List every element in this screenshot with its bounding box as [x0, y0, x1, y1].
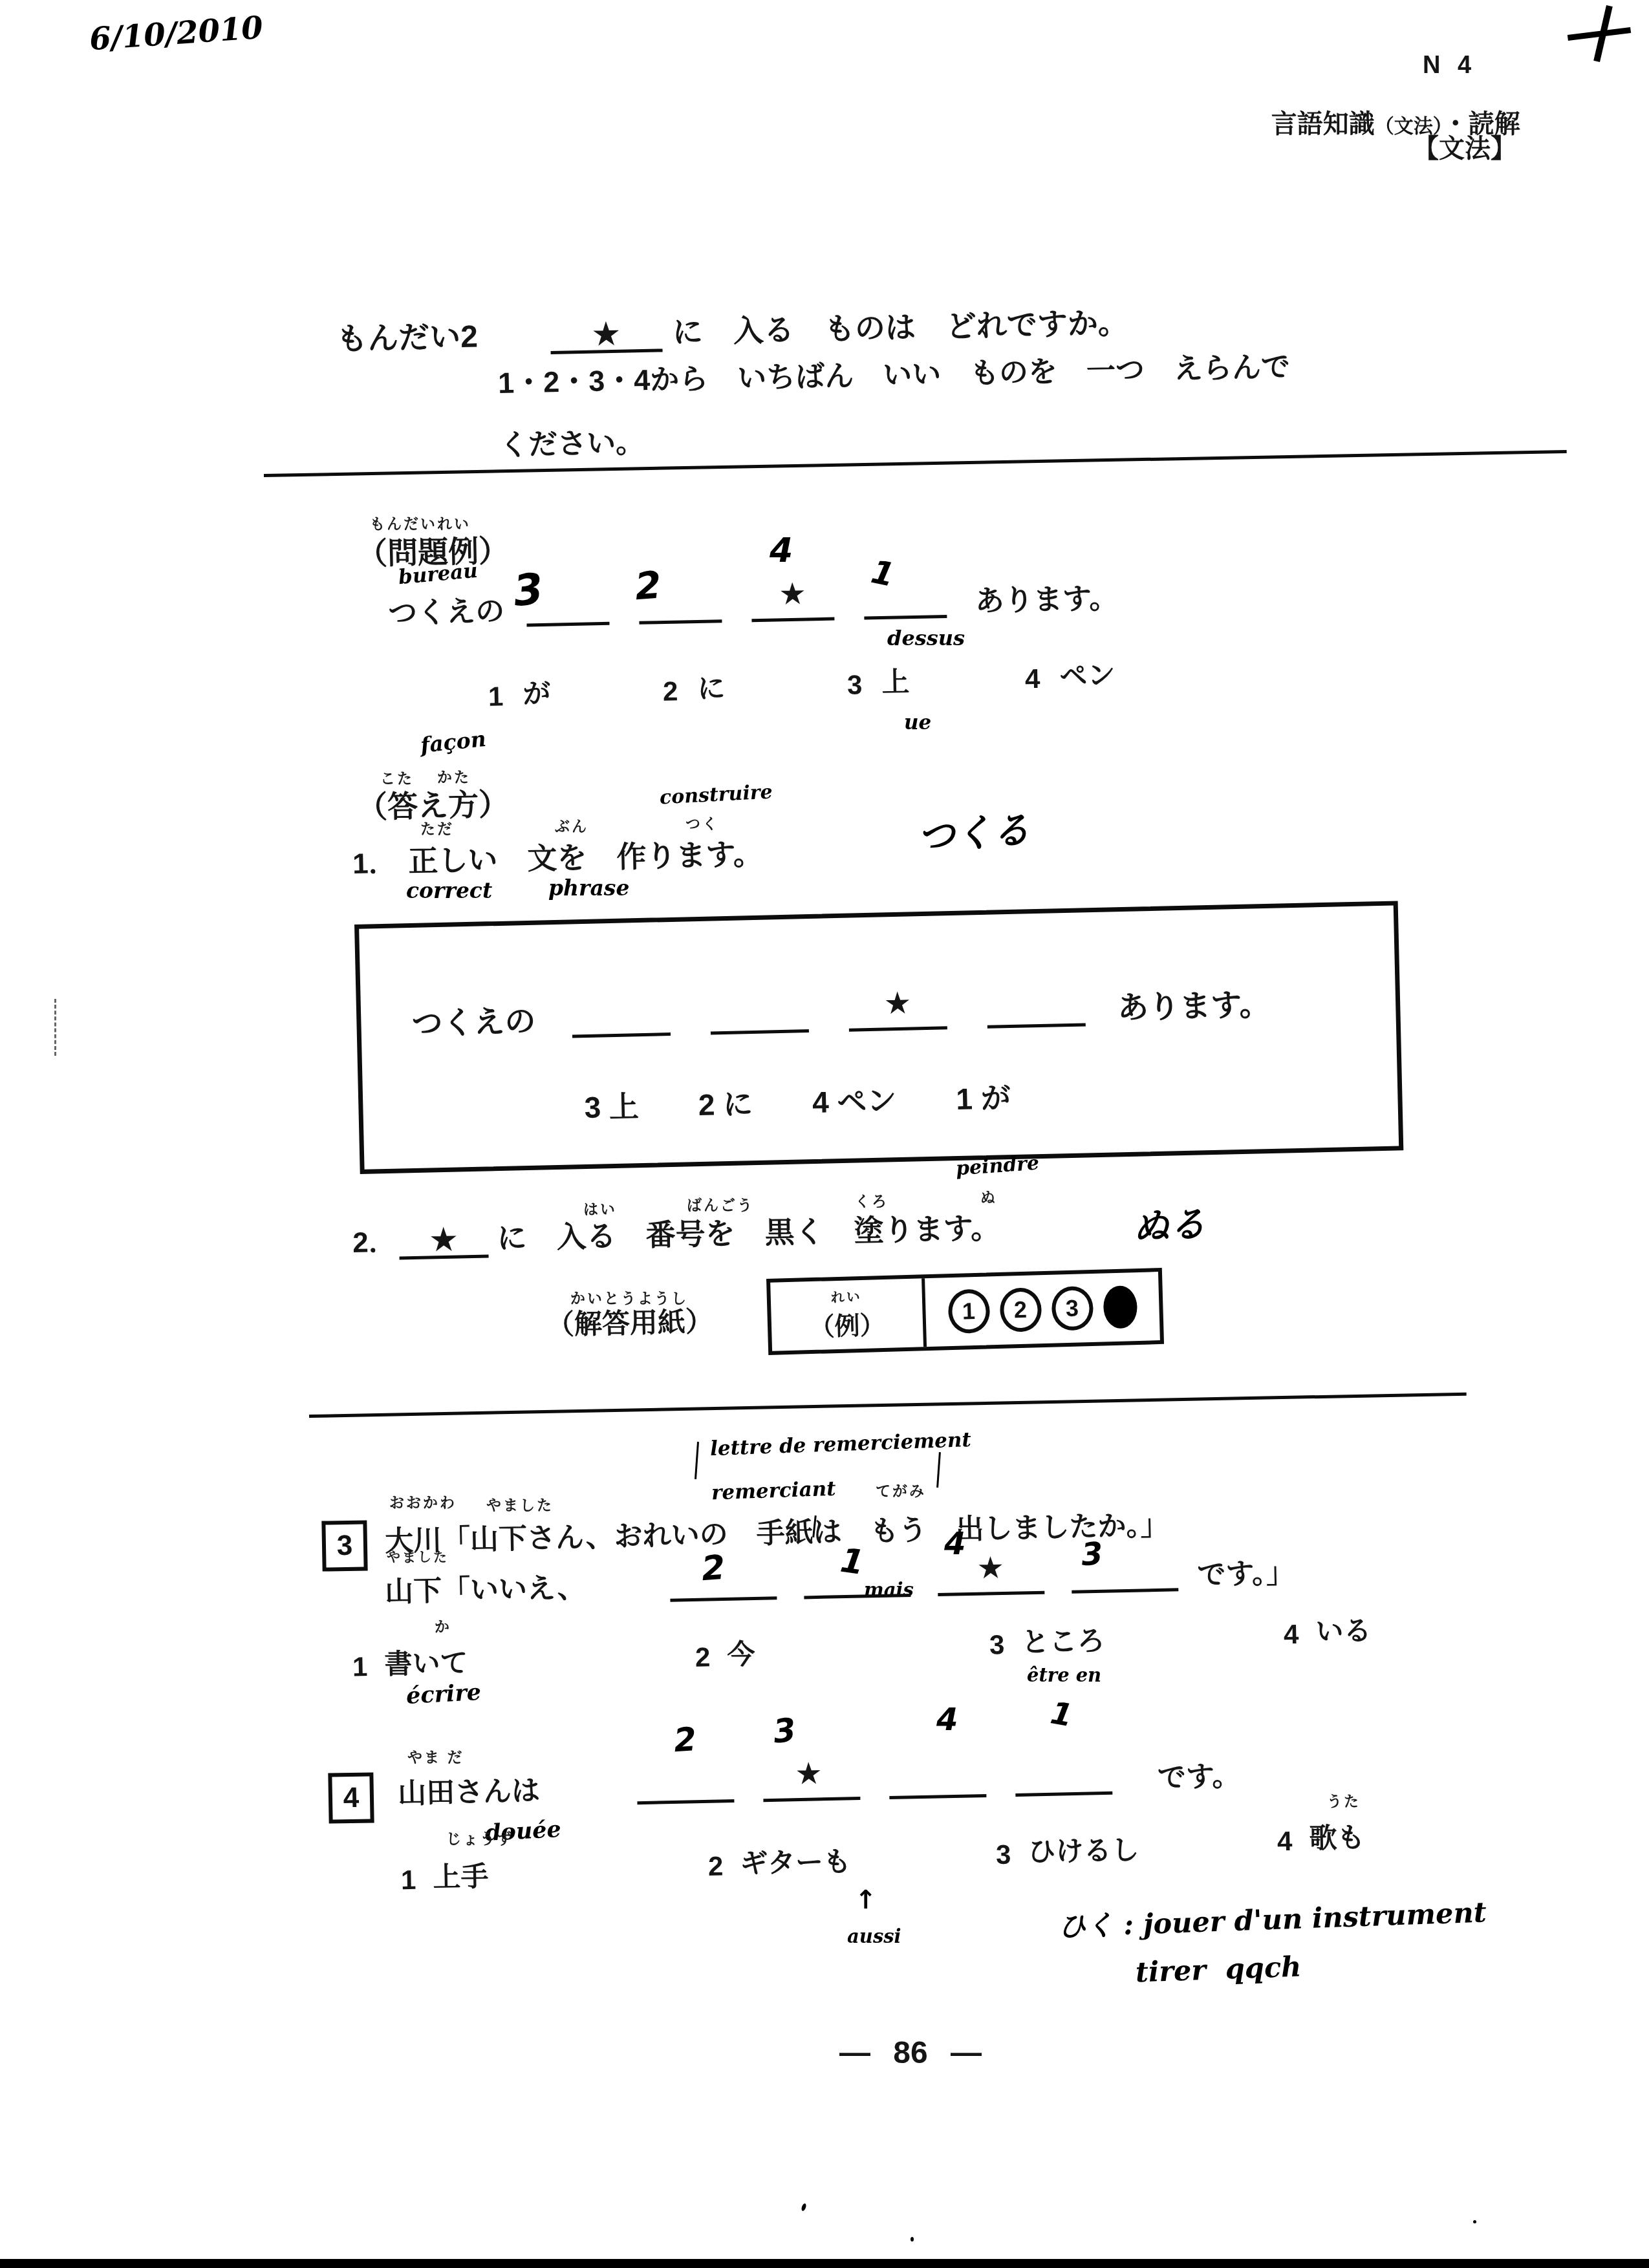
question4-line-head: 山田さんは: [397, 1767, 540, 1812]
option-number: 1: [488, 681, 504, 712]
question4-number-box: 4: [328, 1772, 374, 1823]
furigana-yamada: やま だ: [407, 1746, 464, 1767]
hw-note-remerciant: remerciant: [711, 1477, 836, 1505]
option-text: ギターも: [740, 1840, 852, 1881]
header-title-main: 言語知識: [1271, 110, 1375, 138]
option-number: 3: [847, 669, 863, 700]
q3-option-4: 4 いる: [1283, 1609, 1371, 1650]
option-text: が: [523, 672, 551, 712]
star-underline: ★: [550, 317, 662, 354]
page-number: — 86 —: [839, 2035, 982, 2071]
furigana-kuro: くろ: [855, 1190, 889, 1211]
option-number: 3: [996, 1839, 1011, 1870]
bubble-3: 3: [1051, 1286, 1094, 1331]
hw-facon: façon: [419, 726, 487, 758]
hw-construire: construire: [659, 780, 773, 809]
q3-blank-3-star: ★: [938, 1586, 1044, 1596]
printed-star: ★: [848, 986, 947, 1020]
option-number: 3: [989, 1629, 1005, 1660]
box-blank-2: [711, 1024, 809, 1034]
step1-number: 1．: [352, 840, 397, 882]
hw-arrow-up-icon: ↑: [855, 1885, 877, 1915]
option-number: 4: [1025, 663, 1040, 694]
mondai2-label: もんだい2: [336, 311, 478, 359]
furigana-tada: ただ: [420, 817, 454, 839]
plus-mark-icon: [1566, 5, 1633, 65]
q3-blank-2: [804, 1589, 911, 1599]
option-text: 書いて: [384, 1641, 468, 1682]
option-text: 上手: [433, 1855, 489, 1895]
margin-dash-line: [54, 999, 56, 1056]
furigana-yamashita: やました: [486, 1493, 554, 1515]
furigana-ookawa: おおかわ: [389, 1491, 457, 1512]
furigana-bun: ぶん: [555, 815, 588, 836]
furigana-bangou: ばんごう: [687, 1193, 754, 1215]
bubble-1: 1: [947, 1289, 990, 1334]
question3-line2-head: 山下「いいえ、: [384, 1565, 586, 1610]
question4-line: 山田さんは ★ です。: [397, 1753, 1241, 1812]
hw-answer-4: 4: [770, 531, 793, 570]
answer-sheet-bubbles: 1 2 3: [925, 1272, 1160, 1347]
hw-q3-3: 3: [1080, 1535, 1104, 1573]
option-text: ひけるし: [1028, 1828, 1139, 1870]
hw-aussi: aussi: [847, 1925, 901, 1947]
option-text: 歌も: [1309, 1816, 1365, 1856]
example-blank-4: [864, 610, 947, 620]
q4-option-3: 3 ひけるし: [995, 1828, 1139, 1870]
example-sentence: つくえの ★ あります。: [387, 574, 1119, 632]
hw-note-remerciement: lettre de remerciement: [709, 1428, 971, 1460]
option-number: 4: [1277, 1826, 1293, 1857]
option-text: に: [697, 667, 726, 707]
option-text: ところ: [1021, 1619, 1105, 1660]
example-sentence-head: つくえの: [387, 587, 504, 632]
q4-option-4: 4 歌も: [1277, 1816, 1364, 1857]
question3-line2-tail: です。」: [1197, 1550, 1295, 1593]
q4-option-2: 2 ギターも: [707, 1840, 851, 1882]
instruction-line1-text: に 入る ものは どれですか。: [672, 299, 1128, 352]
box-blank-3-star: ★: [849, 1021, 947, 1031]
step1-text: 正しい 文を 作ります。: [408, 831, 764, 881]
option-number: 2: [663, 676, 678, 707]
hw-ue: ue: [904, 711, 931, 734]
bubble-2: 2: [999, 1287, 1042, 1332]
hw-vocab-note-line1: ひく : jouer d'un instrument: [1057, 1890, 1487, 1945]
hw-answer-2: 2: [634, 563, 663, 609]
box-answer-row: 3 上 2 に 4 ペン 1 が: [584, 1075, 1011, 1127]
option-number: 2: [695, 1642, 711, 1673]
hw-q4-3: 3: [771, 1711, 798, 1750]
rei-furigana: れい: [830, 1287, 862, 1307]
option-number: 1: [352, 1651, 368, 1682]
furigana-uta: うた: [1327, 1790, 1361, 1811]
box-blank-4: [987, 1018, 1086, 1028]
divider-rule-top: [264, 450, 1567, 477]
section-label: 【文法】: [1413, 128, 1516, 165]
q3-option-3: 3 ところ: [989, 1619, 1105, 1660]
hw-correct: correct: [406, 878, 492, 903]
example-blank-3-star: ★: [751, 612, 834, 623]
question3-number: 3: [336, 1530, 352, 1562]
example-sentence-tail: あります。: [975, 574, 1119, 619]
option-text: 上: [881, 660, 910, 700]
q4-option-1: 1 上手: [400, 1855, 488, 1896]
instruction-line3: ください。: [499, 418, 645, 464]
furigana-ka: か: [435, 1615, 451, 1636]
q3-option-2: 2 今: [695, 1632, 755, 1673]
hw-vocab-note-line2: tirer qqch: [1135, 1951, 1302, 1989]
furigana-tsuku: つく: [685, 812, 719, 833]
question4-line-tail: です。: [1157, 1753, 1241, 1796]
printed-star: ★: [751, 577, 834, 611]
step2-number: 2．: [352, 1219, 397, 1261]
hw-dessus: dessus: [887, 626, 965, 650]
box-sentence-head: つくえの: [411, 996, 537, 1043]
star-underline: ★: [399, 1224, 488, 1260]
annotation-tick-left: [695, 1442, 699, 1479]
hw-q3-4: 4: [944, 1526, 965, 1562]
answer-sheet-box: れい （例） 1 2 3: [766, 1268, 1164, 1355]
example-option-3: 3 上: [846, 660, 909, 701]
level-label: N 4: [1423, 52, 1476, 80]
example-answer-box: つくえの ★ あります。 3 上 2 に 4 ペン 1 が: [354, 901, 1403, 1174]
q4-blank-4: [1015, 1786, 1112, 1797]
furigana-hai: はい: [583, 1197, 617, 1219]
box-sentence-tail: あります。: [1117, 979, 1271, 1027]
hw-phrase: phrase: [548, 875, 629, 901]
printed-star: ★: [762, 1757, 860, 1790]
hw-q3-2: 2: [700, 1548, 726, 1589]
example-option-4: 4 ペン: [1024, 654, 1115, 694]
handwritten-date: 6/10/2010: [88, 10, 264, 58]
divider-rule-middle: [309, 1393, 1467, 1418]
hw-answer-3: 3: [511, 564, 546, 616]
example-blank-1: [526, 617, 609, 627]
example-option-2: 2 に: [662, 667, 725, 707]
answer-sheet-rei-cell: れい （例）: [770, 1278, 927, 1351]
q4-blank-3: [889, 1789, 986, 1799]
q3-option-1: 1 書いて: [352, 1641, 468, 1682]
option-number: 1: [401, 1865, 416, 1896]
scan-edge-bar: [0, 2259, 1649, 2268]
annotation-tick-right: [936, 1452, 941, 1488]
option-text: いる: [1315, 1609, 1372, 1649]
furigana-nu: ぬ: [980, 1186, 997, 1207]
step1-line: 1． 正しい 文を 作ります。: [352, 831, 763, 882]
question4-number: 4: [343, 1782, 359, 1814]
hw-etre-en: être en: [1027, 1664, 1101, 1686]
option-number: 4: [1284, 1619, 1299, 1650]
hw-q4-2: 2: [673, 1720, 698, 1759]
q4-blank-2-star: ★: [763, 1792, 860, 1802]
hw-tsukuru: つくる: [915, 799, 1031, 861]
q4-blank-1: [637, 1794, 734, 1804]
scanned-test-page: 6/10/2010 N 4 言語知識（文法）・読解 【文法】 もんだい2 ★ に…: [0, 0, 1649, 2268]
step2-line: 2． ★ に 入る 番号を 黒く 塗ります。: [352, 1204, 1000, 1261]
option-number: 2: [708, 1851, 724, 1882]
scan-speck: [1473, 2220, 1476, 2223]
rei-label: （例）: [809, 1305, 886, 1343]
kaitou-label: （解答用紙）: [546, 1300, 713, 1343]
q3-blank-1: [670, 1591, 777, 1601]
hw-q4-1: 1: [1048, 1695, 1075, 1735]
scan-speck: [801, 2203, 807, 2211]
box-sentence: つくえの ★ あります。: [411, 979, 1271, 1043]
furigana-yamashita2: やました: [387, 1546, 449, 1566]
furigana-tegami: てがみ: [876, 1479, 926, 1501]
example-blank-2: [639, 614, 722, 625]
option-text: ペン: [1059, 654, 1115, 694]
hw-ecrire: écrire: [405, 1679, 482, 1709]
q3-blank-4: [1072, 1583, 1178, 1593]
box-blank-1: [572, 1027, 671, 1038]
hw-q4-4: 4: [936, 1702, 958, 1738]
hw-peindre: peindre: [955, 1152, 1040, 1181]
question3-number-box: 3: [321, 1520, 367, 1571]
hw-nuru: ぬる: [1132, 1195, 1207, 1251]
example-option-1: 1 が: [488, 672, 550, 712]
scan-speck: [911, 2237, 914, 2241]
furigana-jouzu: じょうず: [446, 1827, 513, 1848]
bubble-4-filled: [1103, 1285, 1137, 1329]
option-text: 今: [727, 1632, 755, 1673]
